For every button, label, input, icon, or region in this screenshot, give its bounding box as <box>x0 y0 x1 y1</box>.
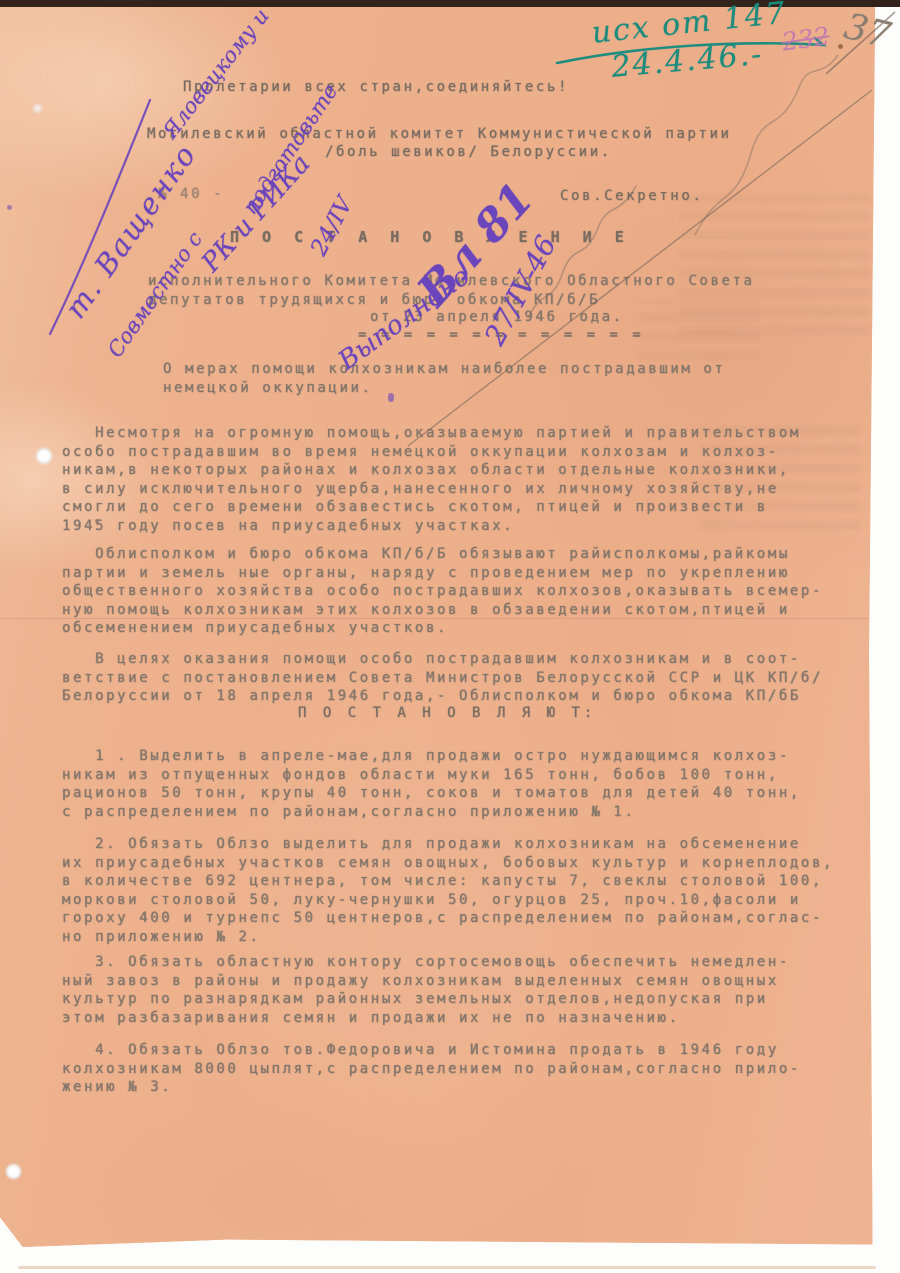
ink-bleedthrough <box>640 300 760 360</box>
org-name-line1: Могилевский областной комитет Коммунисти… <box>147 125 732 144</box>
item-4: 4. Обязать Облзо тов.Федоровича и Истоми… <box>62 1041 801 1097</box>
org-name-line2: /боль шевиков/ Белоруссии. <box>325 143 612 162</box>
punch-hole <box>33 104 42 113</box>
resolve-line: П О С Т А Н О В Л Я Ю Т: <box>298 704 596 723</box>
paragraph-2: Облисполком и бюро обкома КП/б/Б обязыва… <box>62 545 823 638</box>
paragraph-3: В целях оказания помощи особо пострадавш… <box>62 650 823 706</box>
paragraph-1: Несмотря на огромную помощь,оказываемую … <box>62 424 801 535</box>
document-scan: Пролетарии всех стран,соединяйтесь! Моги… <box>0 0 900 1273</box>
item-1: 1 . Выделить в апреле-мае,для продажи ос… <box>62 747 801 821</box>
subject-paragraph: О мерах помощи колхозникам наиболее пост… <box>163 360 725 397</box>
punch-hole <box>6 1164 21 1179</box>
secrecy-stamp: Сов.Секретно. <box>560 187 703 206</box>
next-sheet-edge <box>18 1266 876 1269</box>
item-2: 2. Обязать Облзо выделить для продажи ко… <box>62 835 834 946</box>
slogan-line: Пролетарии всех стран,соединяйтесь! <box>183 78 569 97</box>
ink-speck <box>7 205 12 210</box>
item-3: 3. Обязать областную контору сортосемово… <box>62 953 790 1027</box>
doc-title: П О С Т А Н О В Л Е Н И Е <box>230 228 631 247</box>
punch-hole <box>36 448 52 464</box>
